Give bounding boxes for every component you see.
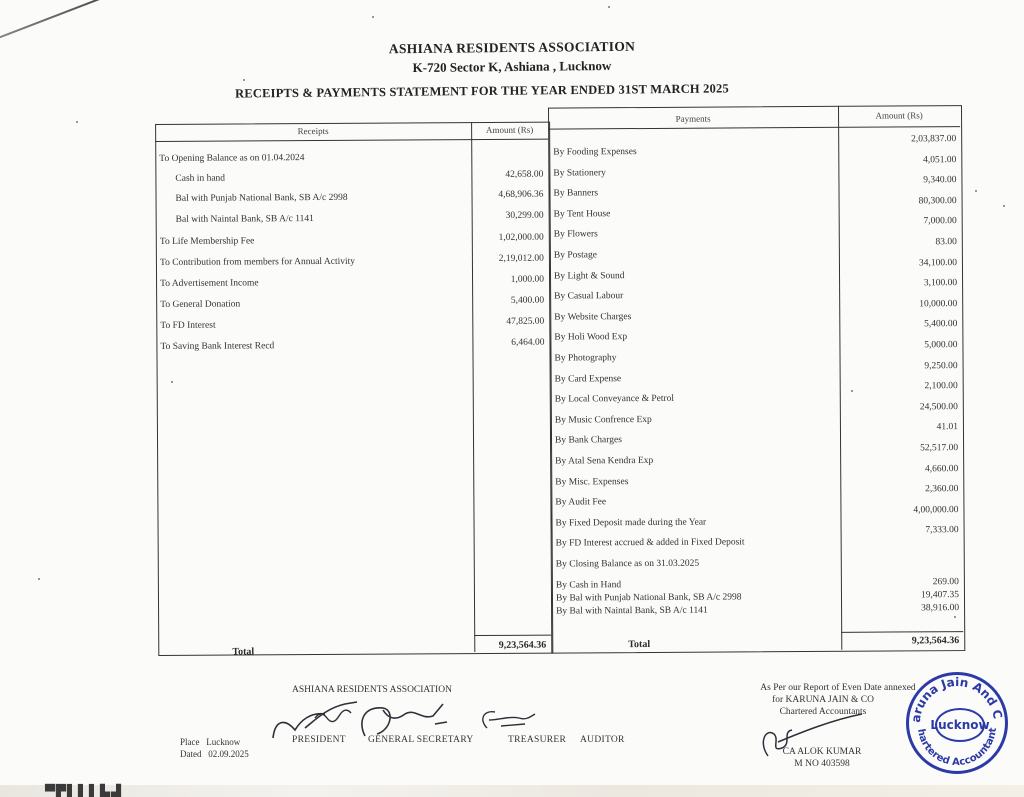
scan-speck [38,578,40,580]
receipt-row-label: To Advertisement Income [160,278,259,289]
scan-bottom-edge [0,785,1024,797]
payment-row-amount: 5,000.00 [839,340,957,351]
payment-row-amount: 34,100.00 [839,258,957,269]
seal-center-text: Lucknow [935,708,985,742]
receipts-total-amount: 9,23,564.36 [474,640,546,651]
payment-row-amount: 2,100.00 [840,381,958,392]
payment-row-amount: 4,051.00 [838,155,956,166]
scan-speck [171,381,173,383]
receipt-row-label: Bal with Naintal Bank, SB A/c 1141 [176,214,314,225]
scan-speck [372,16,374,18]
payment-row-label: By Atal Sena Kendra Exp [555,456,653,467]
payment-row-label: By Card Expense [555,374,622,384]
payment-row-label: By Audit Fee [555,497,606,507]
dated-value: 02.09.2025 [208,749,249,759]
payment-row-label: By Local Conveyance & Petrol [555,394,674,405]
payment-row-amount: 5,400.00 [839,319,957,330]
receipt-row-amount: 6,464.00 [472,338,544,348]
statement-title: RECEIPTS & PAYMENTS STATEMENT FOR THE YE… [0,79,994,105]
scan-speck [76,121,78,123]
payment-row-label: By Website Charges [554,312,631,322]
company-seal-stamp: Karuna Jain And Co. ★Chartered Accountan… [906,672,1008,774]
payment-row-label: By Fooding Expenses [553,147,636,158]
scanned-document: ASHIANA RESIDENTS ASSOCIATION K-720 Sect… [0,0,1024,797]
receipt-row-amount: 2,19,012.00 [472,254,544,264]
scan-artifact-line [0,0,149,42]
payment-row-amount: 3,100.00 [839,278,957,289]
payments-amount-header: Amount (Rs) [838,110,960,121]
place-value: Lucknow [206,737,240,747]
scan-speck [1003,205,1005,207]
payment-row-label: By Closing Balance as on 31.03.2025 [556,559,699,570]
payments-total-label: Total [628,639,650,650]
payment-row-amount: 4,660.00 [840,464,958,475]
payment-row-amount: 4,00,000.00 [840,505,958,516]
payment-row-label: By Banners [553,188,598,198]
receipt-row-amount: 42,658.00 [471,170,543,180]
scan-speck [851,390,853,392]
payment-row-label: By Bal with Naintal Bank, SB A/c 1141 [556,605,708,616]
receipt-row-label: To Life Membership Fee [160,236,255,247]
receipts-total-label: Total [232,646,254,657]
payment-row-amount: 24,500.00 [840,402,958,413]
dated-label: Dated [180,749,202,759]
payment-row-label: By Fixed Deposit made during the Year [556,517,707,528]
payment-row-amount: 7,000.00 [839,216,957,227]
payment-row-label: By Misc. Expenses [555,477,628,487]
receipt-row-label: To Contribution from members for Annual … [160,257,355,268]
receipts-payments-table: Receipts Amount (Rs) Payments Amount (Rs… [155,105,966,658]
scan-bleed-through-text: ▀▛▌▌▌▙▟ [45,785,122,797]
payment-row-label: By Stationery [553,168,606,178]
payment-row-label: By Music Confrence Exp [555,415,652,426]
payment-row-amount: 2,03,837.00 [838,134,956,145]
payment-row-amount: 269.00 [841,577,959,588]
auditor-name: CA ALOK KUMAR [752,747,892,757]
payments-total-amount: 9,23,564.36 [841,635,959,647]
payment-row-label: By Postage [554,250,597,260]
payment-row-amount: 41.01 [840,422,958,433]
receipt-row-label: To Saving Bank Interest Recd [160,341,274,352]
payment-row-amount: 80,300.00 [839,196,957,207]
role-auditor: AUDITOR [580,735,625,745]
payment-row-amount: 19,407.35 [841,590,959,601]
dated-line: Dated 02.09.2025 [180,749,249,759]
receipt-row-label: Bal with Punjab National Bank, SB A/c 29… [176,193,348,204]
receipt-row-amount: 47,825.00 [472,317,544,327]
auditor-membership-number: M NO 403598 [752,759,892,769]
receipt-row-label: To General Donation [160,299,240,309]
payment-row-label: By Photography [554,353,616,363]
place-line: Place Lucknow [180,737,240,747]
payment-row-label: By Bank Charges [555,436,622,446]
payment-row-label: By Flowers [554,230,598,240]
receipt-row-label: To FD Interest [160,321,215,331]
receipt-row-amount: 30,299.00 [472,211,544,221]
payments-column-header: Payments [548,113,838,125]
payment-row-label: By FD Interest accrued & added in Fixed … [556,538,745,549]
receipt-row-label: Cash in hand [175,174,225,184]
payment-row-amount: 9,340.00 [838,175,956,186]
payment-row-amount: 9,250.00 [840,361,958,372]
payment-row-amount: 83.00 [839,237,957,248]
payment-row-amount: 7,333.00 [841,525,959,536]
payment-row-label: By Bal with Punjab National Bank, SB A/c… [556,592,742,603]
payment-row-amount: 2,360.00 [840,484,958,495]
payment-row-label: By Cash in Hand [556,580,621,590]
payment-row-amount: 10,000.00 [839,299,957,310]
receipt-row-amount: 5,400.00 [472,296,544,306]
handwritten-signatures-icon [265,690,565,750]
receipt-row-amount: 1,000.00 [472,275,544,285]
auditor-firm: for KARUNA JAIN & CO [728,695,918,705]
receipts-amount-header: Amount (Rs) [471,125,548,135]
scan-speck [954,616,956,618]
payment-row-amount: 52,517.00 [840,443,958,454]
scan-speck [608,6,610,8]
payment-row-label: By Holi Wood Exp [554,333,627,343]
scan-speck [975,190,977,192]
payment-row-label: By Light & Sound [554,271,625,281]
payment-row-label: By Tent House [554,209,611,219]
receipt-row-amount: 4,68,906.36 [471,190,543,200]
receipts-column-header: Receipts [155,125,471,137]
receipt-row-label: To Opening Balance as on 01.04.2024 [159,153,304,164]
payment-row-amount: 38,916.00 [841,603,959,614]
payment-row-label: By Casual Labour [554,291,623,301]
place-label: Place [180,737,200,747]
receipt-row-amount: 1,02,000.00 [472,233,544,243]
scan-speck [243,79,245,81]
